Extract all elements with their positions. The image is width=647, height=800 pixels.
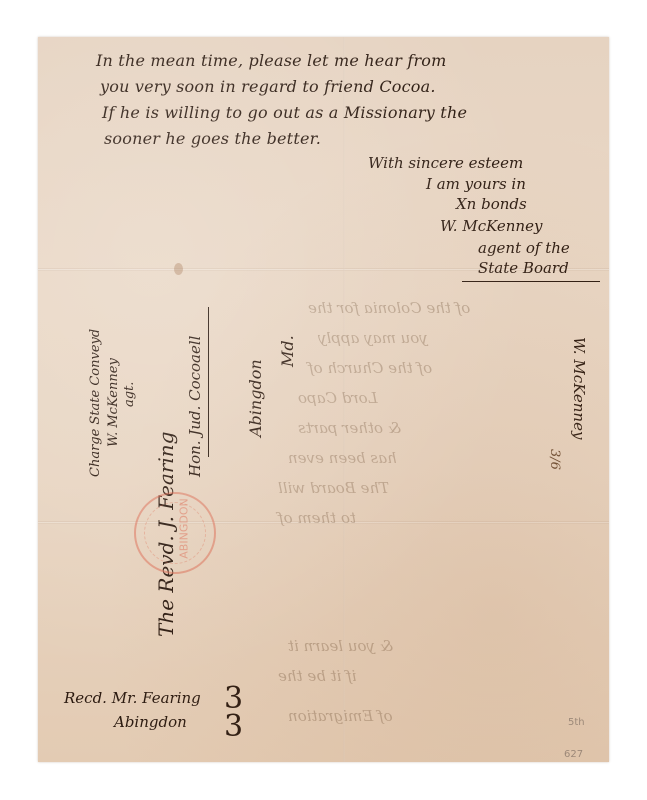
letter-line: you very soon in regard to friend Cocoa. <box>100 77 436 96</box>
bleed-through-line: & you learn it <box>288 637 393 655</box>
lot-number: 627 <box>564 749 583 760</box>
closing-line: With sincere esteem <box>368 154 523 172</box>
bleed-through-line: Lord Capo <box>298 389 378 407</box>
bleed-through-line: of the Colonia for the <box>308 299 470 317</box>
closing-line: I am yours in <box>426 175 526 193</box>
addressee-underline <box>208 307 209 457</box>
postmark-text: ABINGDON <box>178 498 191 558</box>
signature-title: State Board <box>478 259 569 277</box>
received-note-town: Abingdon <box>114 713 187 731</box>
bleed-through-line: has been even <box>288 449 397 467</box>
right-docket-number: 3/6 <box>547 449 562 470</box>
bleed-through-line: to them of <box>278 509 356 527</box>
addressee-town: Abingdon <box>246 359 265 437</box>
received-note: Recd. Mr. Fearing <box>64 689 201 707</box>
docket-line: Charge State Conveyd <box>88 329 103 477</box>
signature-title: agent of the <box>478 239 570 257</box>
postmark-stamp: ABINGDON <box>134 492 216 574</box>
docket-line: W. McKenney <box>106 358 121 447</box>
letter-line: sooner he goes the better. <box>104 129 321 148</box>
letter-page: of the Colonia for the you may apply of … <box>38 37 609 762</box>
bleed-through-line: The Board will <box>278 479 389 497</box>
addressee-line: Hon. Jud. Cocoaell <box>186 336 204 477</box>
bleed-through-line: of Emigration <box>288 707 393 725</box>
brace-mark: 3 <box>224 709 243 744</box>
closing-line: Xn bonds <box>456 195 527 213</box>
bleed-through-line: & other parts <box>298 419 401 437</box>
bleed-through-line: if it be the <box>278 667 357 685</box>
letter-line: In the mean time, please let me hear fro… <box>96 51 447 70</box>
pencil-note: 5th <box>568 717 585 728</box>
signature: W. McKenney <box>440 217 542 235</box>
docket-line: agt. <box>122 382 137 407</box>
ink-blot <box>174 263 183 275</box>
addressee-state: Md. <box>278 335 297 367</box>
right-docket-name: W. McKenney <box>570 337 588 439</box>
letter-line: If he is willing to go out as a Missiona… <box>102 103 467 122</box>
signature-underline <box>462 281 600 282</box>
bleed-through-line: you may apply <box>318 329 428 347</box>
bleed-through-line: of the Church of <box>308 359 432 377</box>
